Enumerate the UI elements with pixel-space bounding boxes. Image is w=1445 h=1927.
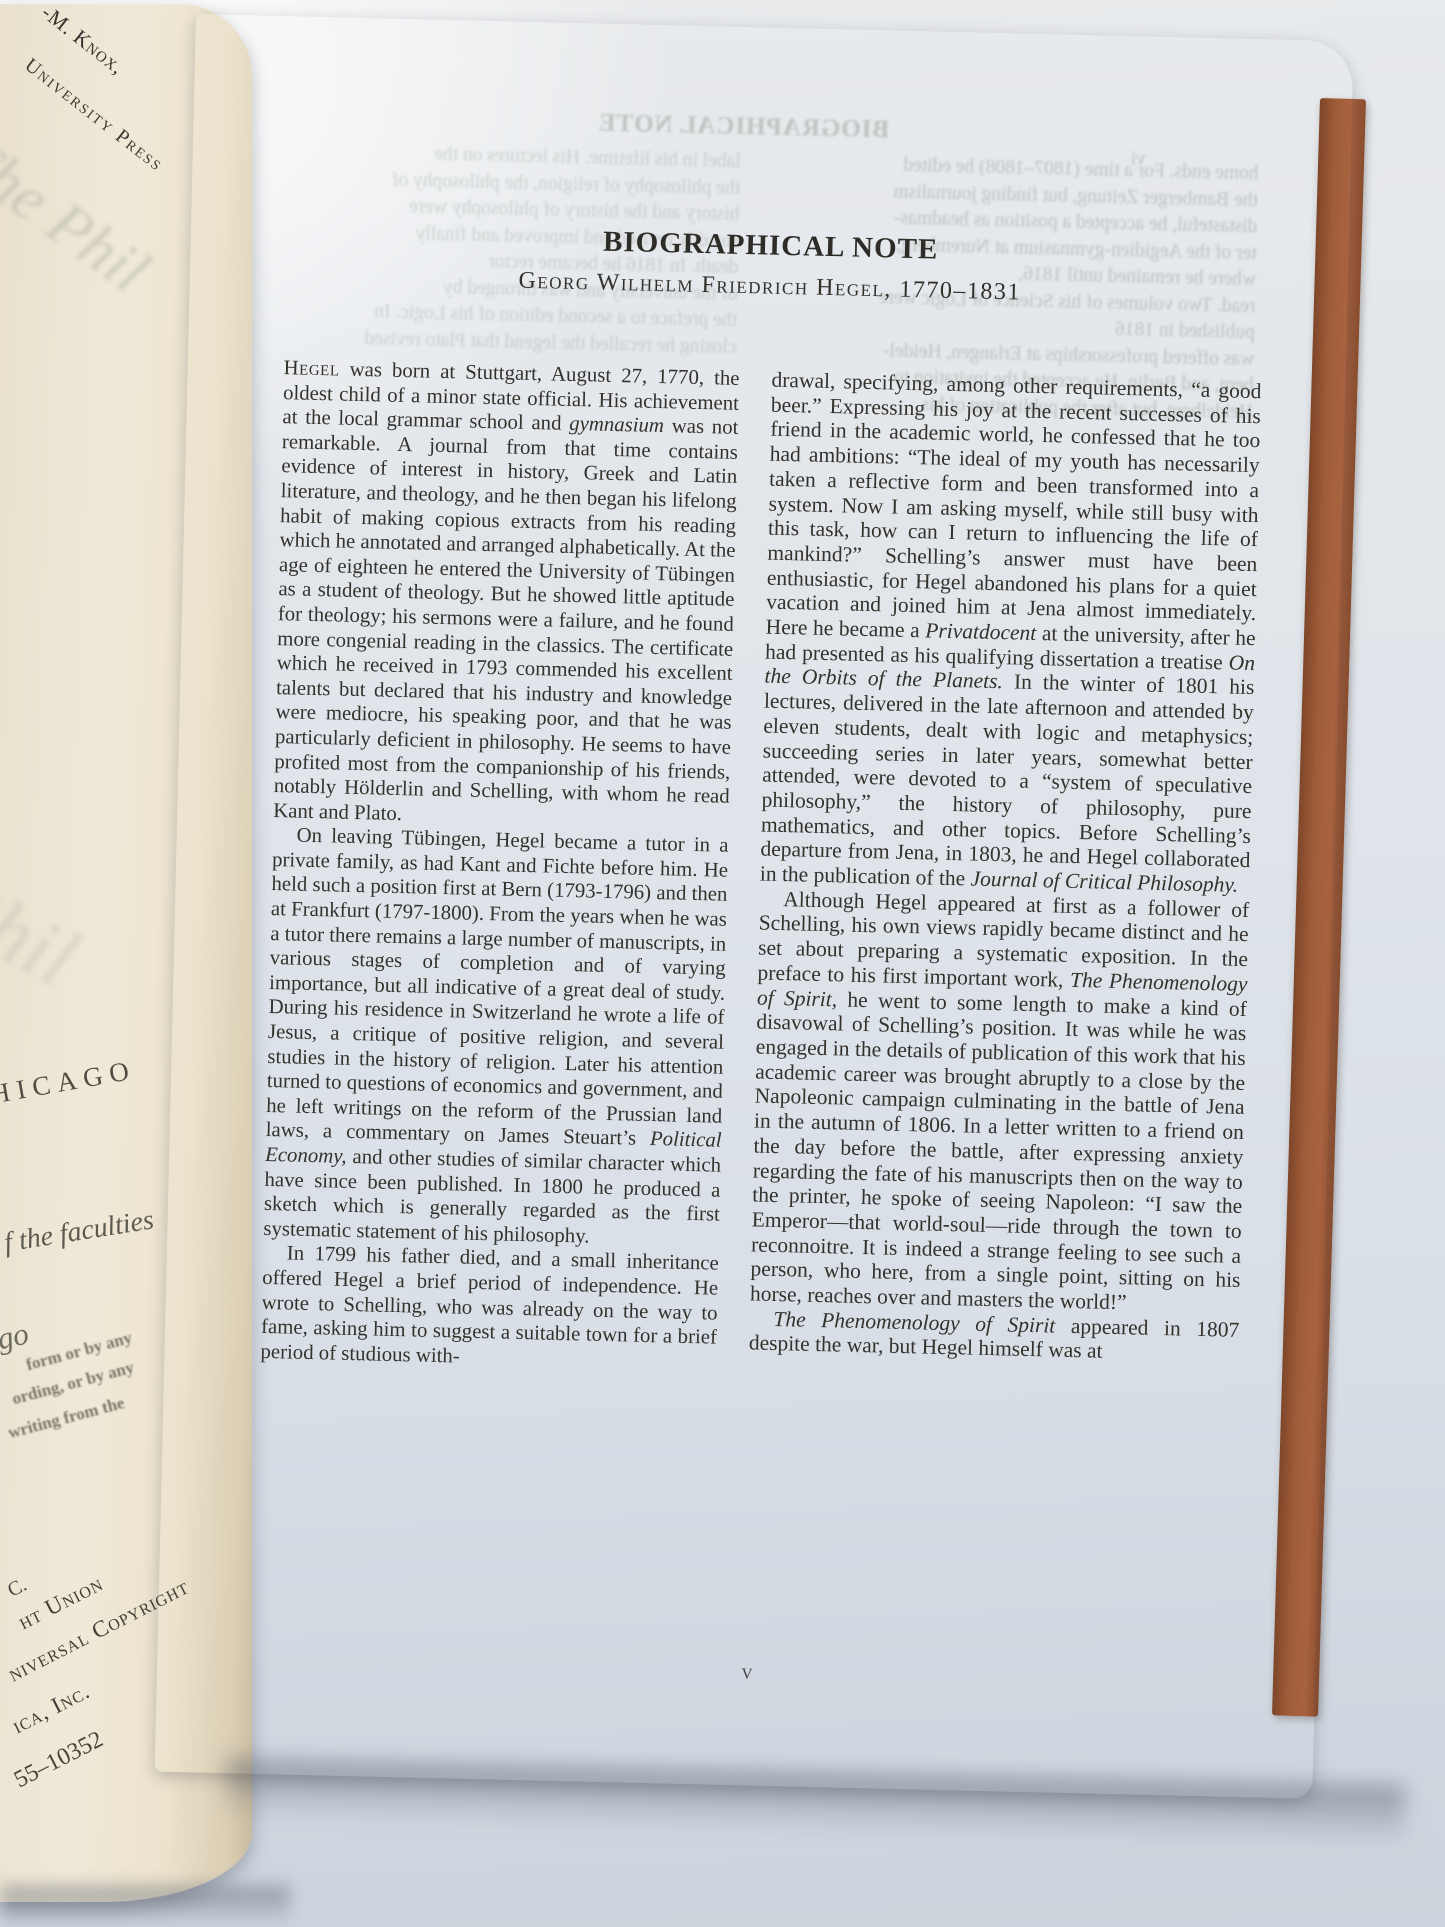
text-run: In the winter of 1801 his lectures, deli… [760,670,1255,891]
text-run: On leaving Tübingen, Hegel became a tuto… [265,824,728,1151]
showthrough-line: closing he recalled the legend that Plat… [284,324,736,361]
showthrough-header: BIOGRAPHICAL NOTE [463,106,1024,147]
text-run: was not remarkable. A journal from that … [273,414,739,824]
showthrough-page-number: vi [1131,148,1146,170]
showthrough-line: the philosophy of religion, the philosop… [288,165,740,202]
spine-fragment-univ-press: University Press [20,54,168,177]
book-page: BIOGRAPHICAL NOTE vi label in his lifeti… [155,14,1354,1799]
text-run: In 1799 his father died, and a small inh… [260,1242,719,1367]
book-photo: -M. Knox,University PressThe PhilPhilHIC… [0,0,1445,1927]
text-run: Privatdocent [925,618,1037,645]
paragraph: The Phenomenology of Spirit appeared in … [749,1306,1240,1367]
showthrough-line: the preface to a second edition of his L… [285,297,737,334]
spine-fragment-ghost-phil2: Phil [0,856,94,1007]
spine-fragment-go: go [0,1316,32,1358]
paragraph: In 1799 his father died, and a small inh… [260,1241,719,1375]
text-run: Hegel [283,356,339,380]
page-number: v [677,1658,818,1686]
paragraph: On leaving Tübingen, Hegel became a tuto… [263,823,729,1252]
stack-shadow [0,1886,290,1926]
paragraph: drawal, specifying, among other requirem… [760,368,1262,898]
paragraph: Although Hegel appeared at first as a fo… [750,886,1250,1317]
showthrough-line: the Bamberger Zeitung, but finding journ… [792,177,1258,214]
showthrough-line: was offered professorships at Erlangen, … [788,336,1254,373]
text-run: he went to some length to make a kind of… [750,987,1247,1314]
text-column-left: Hegel was born at Stuttgart, August 27, … [254,356,740,1658]
text-run: drawal, specifying, among other requirem… [765,368,1261,643]
paragraph: Hegel was born at Stuttgart, August 27, … [273,356,740,834]
spine-fragment-ica: ica, Inc. [8,1678,94,1739]
spine-fragment-faculties: f the faculties [2,1204,156,1259]
text-run: gymnasium [569,412,664,437]
showthrough-line: home ends. For a time (1807–1808) he edi… [792,150,1258,187]
spine-fragment-chicago: HICAGO [0,1054,138,1110]
showthrough-line: label in his lifetime. His lectures on t… [288,138,740,175]
spine-fragment-cdot: C. [4,1574,31,1603]
showthrough-line: published in 1816 [789,309,1255,346]
text-column-right: drawal, specifying, among other requirem… [741,368,1261,1671]
